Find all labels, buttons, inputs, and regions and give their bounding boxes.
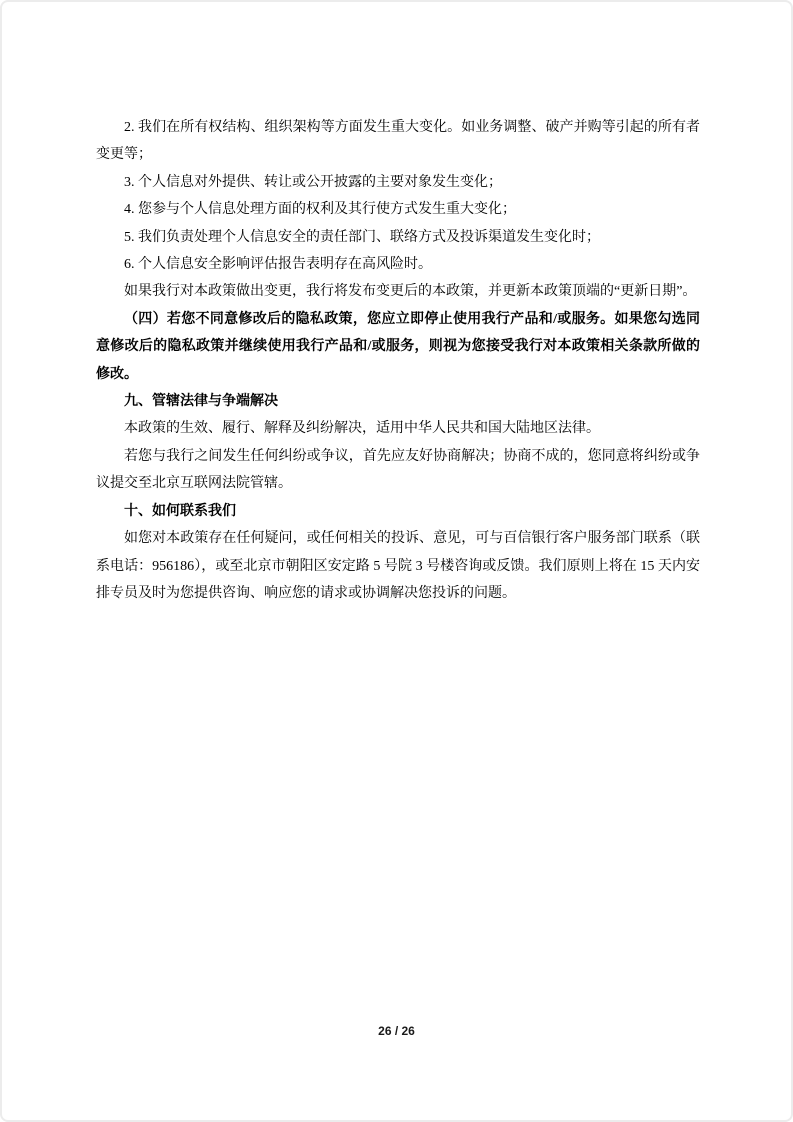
section-heading-10: 十、如何联系我们 bbox=[96, 498, 700, 525]
list-item-6: 6. 个人信息安全影响评估报告表明存在高风险时。 bbox=[96, 251, 700, 278]
list-item-5: 5. 我们负责处理个人信息安全的责任部门、联络方式及投诉渠道发生变化时； bbox=[96, 224, 700, 251]
list-item-4: 4. 您参与个人信息处理方面的权利及其行使方式发生重大变化； bbox=[96, 196, 700, 223]
paragraph-policy-change: 如果我行对本政策做出变更，我行将发布变更后的本政策，并更新本政策顶端的“更新日期… bbox=[96, 278, 700, 305]
page-number: 26 / 26 bbox=[0, 1024, 793, 1038]
paragraph-clause-4: （四）若您不同意修改后的隐私政策，您应立即停止使用我行产品和/或服务。如果您勾选… bbox=[96, 306, 700, 388]
paragraph-contact-us: 如您对本政策存在任何疑问，或任何相关的投诉、意见，可与百信银行客户服务部门联系（… bbox=[96, 525, 700, 607]
list-item-3: 3. 个人信息对外提供、转让或公开披露的主要对象发生变化； bbox=[96, 169, 700, 196]
paragraph-dispute-resolution: 若您与我行之间发生任何纠纷或争议，首先应友好协商解决；协商不成的，您同意将纠纷或… bbox=[96, 443, 700, 498]
list-item-2: 2. 我们在所有权结构、组织架构等方面发生重大变化。如业务调整、破产并购等引起的… bbox=[96, 114, 700, 169]
section-heading-9: 九、管辖法律与争端解决 bbox=[96, 388, 700, 415]
document-body: 2. 我们在所有权结构、组织架构等方面发生重大变化。如业务调整、破产并购等引起的… bbox=[96, 114, 700, 607]
paragraph-governing-law: 本政策的生效、履行、解释及纠纷解决，适用中华人民共和国大陆地区法律。 bbox=[96, 415, 700, 442]
document-page: 2. 我们在所有权结构、组织架构等方面发生重大变化。如业务调整、破产并购等引起的… bbox=[0, 0, 793, 1122]
